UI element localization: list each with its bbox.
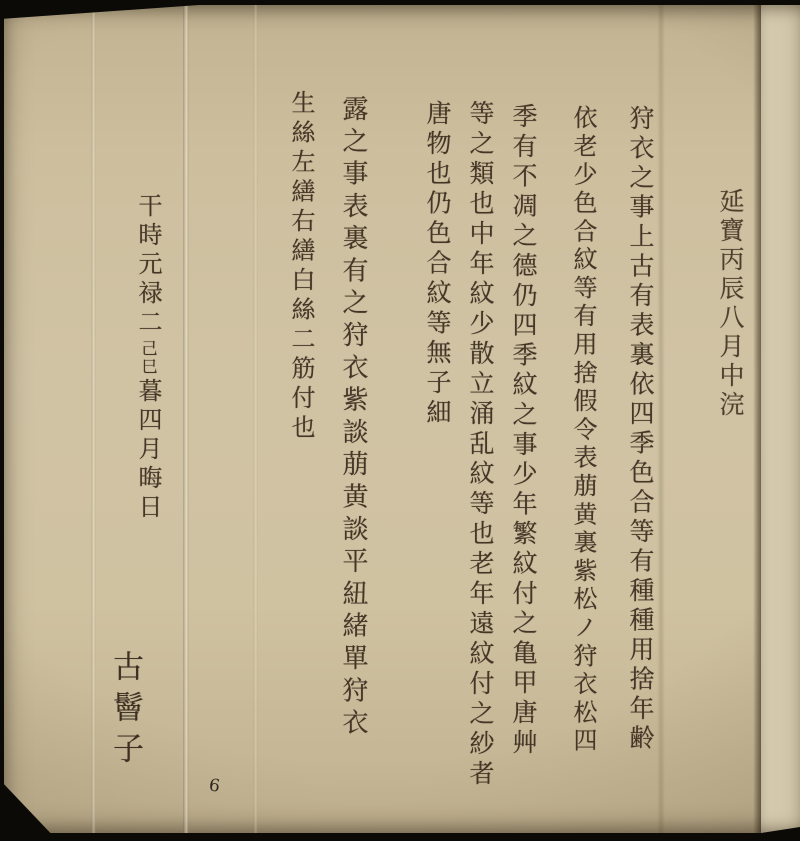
colophon-suffix: 暮四月晦日 — [134, 378, 162, 523]
adjacent-page-edge — [761, 4, 800, 834]
signature: 古鬙子 — [102, 650, 148, 773]
colophon-date-column: 干時元禄二己巳暮四月晦日 — [125, 193, 171, 523]
text-column-7: 生絲左繕右繕白絲二筋付也 — [278, 90, 324, 444]
manuscript-photo: 延寶丙辰八月中浣 狩衣之事上古有表裏依四季色合等有種種用捨年齢 依老少色合紋等有… — [0, 0, 800, 841]
text-column-6: 露之事表裏有之狩衣紫談萠黄談平紐緒單狩衣 — [330, 95, 376, 741]
colophon-prefix: 干時元禄二 — [134, 193, 162, 338]
paper-crease — [91, 4, 96, 834]
colophon-cyclic-year: 己巳 — [139, 340, 158, 376]
text-column-1: 狩衣之事上古有表裏依四季色合等有種種用捨年齢 — [617, 105, 663, 754]
text-column-2: 依老少色合紋等有用捨假令表萠黄裏紫松ノ狩衣松四 — [560, 105, 606, 756]
page-seam — [753, 4, 761, 834]
paper-crease — [253, 4, 258, 834]
text-column-4: 等之類也中年紋少散立涌乱紋等也老年遠紋付之紗者 — [457, 100, 503, 790]
backing-edge-bottom — [0, 833, 800, 841]
paper-crease — [183, 4, 189, 834]
text-column-3: 季有不凋之德仍四季紋之事少年繁紋付之亀甲唐艸 — [500, 103, 546, 759]
text-column-5: 唐物也仍色合紋等無子細 — [414, 100, 460, 429]
date-inscription-column: 延寶丙辰八月中浣 — [707, 188, 753, 420]
backing-edge-left — [0, 0, 4, 841]
